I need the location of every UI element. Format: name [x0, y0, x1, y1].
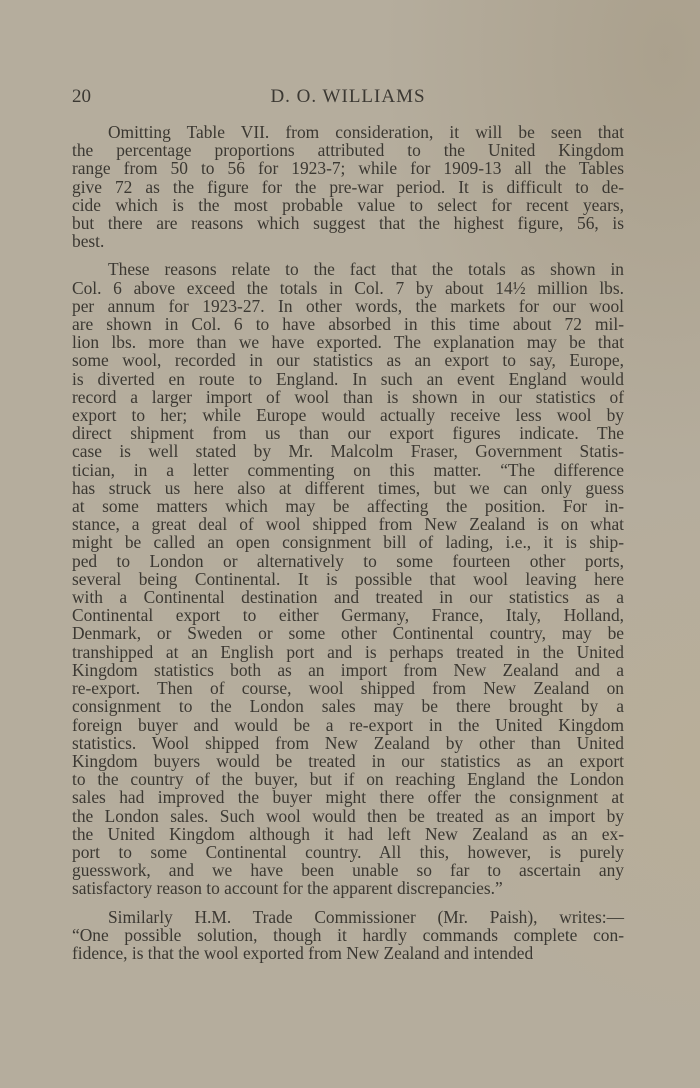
- text-line: is diverted en route to England. In such…: [72, 370, 624, 388]
- text-line: port to some Continental country. All th…: [72, 843, 624, 861]
- text-line: foreign buyer and would be a re-export i…: [72, 716, 624, 734]
- text-line: These reasons relate to the fact that th…: [72, 260, 624, 278]
- text-line: give 72 as the figure for the pre-war pe…: [72, 178, 624, 196]
- text-line: statistics. Wool shipped from New Zealan…: [72, 734, 624, 752]
- paragraph-2: These reasons relate to the fact that th…: [72, 260, 624, 897]
- text-line: Kingdom buyers would be treated in our s…: [72, 752, 624, 770]
- paragraph-3: Similarly H.M. Trade Commissioner (Mr. P…: [72, 908, 624, 963]
- body-text: Omitting Table VII. from consideration, …: [72, 123, 624, 972]
- text-line: the London sales. Such wool would then b…: [72, 807, 624, 825]
- running-head: D. O. WILLIAMS: [72, 86, 624, 108]
- text-line: cide which is the most probable value to…: [72, 196, 624, 214]
- page-header: 20 D. O. WILLIAMS: [72, 86, 624, 112]
- text-line: tician, in a letter commenting on this m…: [72, 461, 624, 479]
- text-line: Similarly H.M. Trade Commissioner (Mr. P…: [72, 908, 624, 926]
- text-line: direct shipment from us than our export …: [72, 424, 624, 442]
- text-line: the percentage proportions attributed to…: [72, 141, 624, 159]
- text-line: the United Kingdom although it had left …: [72, 825, 624, 843]
- text-line: satisfactory reason to account for the a…: [72, 879, 624, 897]
- text-line: Continental export to either Germany, Fr…: [72, 606, 624, 624]
- text-line: at some matters which may be affecting t…: [72, 497, 624, 515]
- text-line: stance, a great deal of wool shipped fro…: [72, 515, 624, 533]
- text-line: ped to London or alternatively to some f…: [72, 552, 624, 570]
- text-line: sales had improved the buyer might there…: [72, 788, 624, 806]
- text-line: Col. 6 above exceed the totals in Col. 7…: [72, 279, 624, 297]
- text-line: range from 50 to 56 for 1923-7; while fo…: [72, 159, 624, 177]
- text-line: re-export. Then of course, wool shipped …: [72, 679, 624, 697]
- text-line: export to her; while Europe would actual…: [72, 406, 624, 424]
- text-line: record a larger import of wool than is s…: [72, 388, 624, 406]
- text-line: per annum for 1923-27. In other words, t…: [72, 297, 624, 315]
- text-line: Denmark, or Sweden or some other Contine…: [72, 624, 624, 642]
- text-line: with a Continental destination and treat…: [72, 588, 624, 606]
- text-line: lion lbs. more than we have exported. Th…: [72, 333, 624, 351]
- text-line: best.: [72, 232, 624, 250]
- text-line: case is well stated by Mr. Malcolm Frase…: [72, 442, 624, 460]
- text-line: guesswork, and we have been unable so fa…: [72, 861, 624, 879]
- text-line: “One possible solution, though it hardly…: [72, 926, 624, 944]
- text-line: Kingdom statistics both as an import fro…: [72, 661, 624, 679]
- text-line: consignment to the London sales may be t…: [72, 697, 624, 715]
- paragraph-1: Omitting Table VII. from consideration, …: [72, 123, 624, 250]
- text-line: has struck us here also at different tim…: [72, 479, 624, 497]
- text-line: are shown in Col. 6 to have absorbed in …: [72, 315, 624, 333]
- text-line: some wool, recorded in our statistics as…: [72, 351, 624, 369]
- text-line: might be called an open consignment bill…: [72, 533, 624, 551]
- text-line: several being Continental. It is possibl…: [72, 570, 624, 588]
- text-line: but there are reasons which suggest that…: [72, 214, 624, 232]
- text-line: fidence, is that the wool exported from …: [72, 944, 624, 962]
- text-line: to the country of the buyer, but if on r…: [72, 770, 624, 788]
- text-line: Omitting Table VII. from consideration, …: [72, 123, 624, 141]
- text-line: transhipped at an English port and is pe…: [72, 643, 624, 661]
